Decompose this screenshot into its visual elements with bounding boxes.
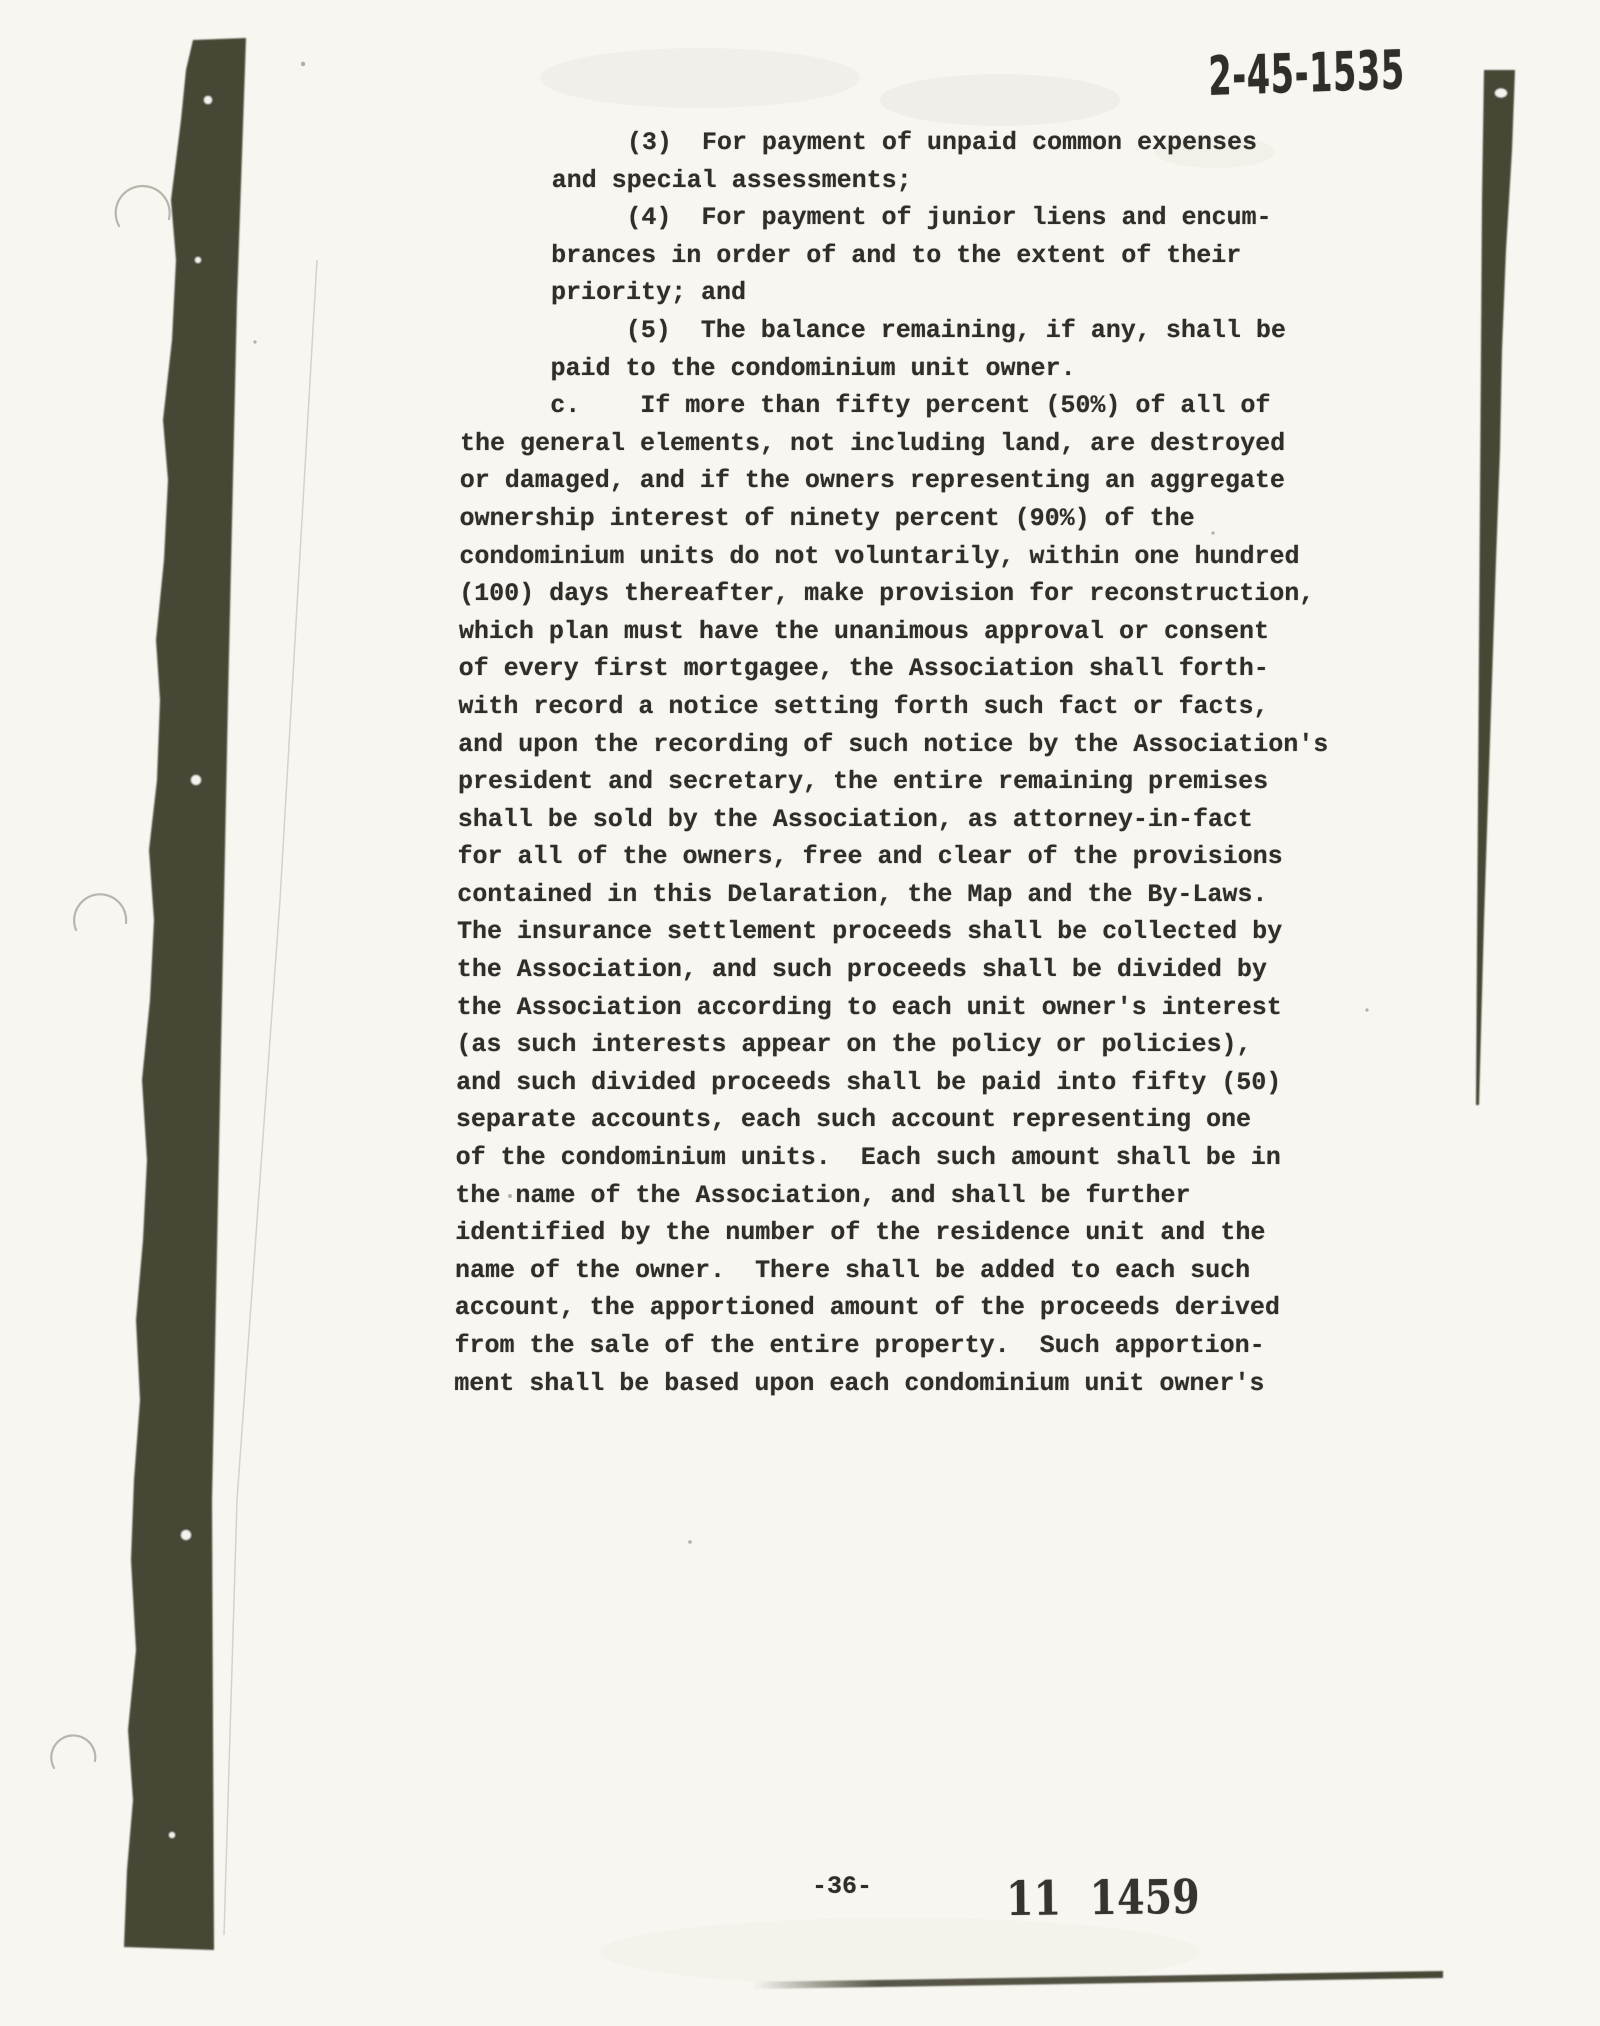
right-scan-band [1476, 70, 1515, 1105]
stamp-number: 111459 [1006, 1872, 1200, 1926]
body-text: (3) For payment of unpaid common expense… [454, 124, 1332, 1402]
left-scan-band [124, 38, 246, 1950]
bottom-scan-bar [753, 1971, 1443, 1989]
page-number: -36- [812, 1872, 872, 1901]
document-page: 2-45-1535 (3) For payment of unpaid comm… [0, 0, 1600, 2026]
stamp-number-right: 1459 [1089, 1870, 1199, 1926]
header-document-number: 2-45-1535 [1208, 43, 1405, 104]
hole-punch-mark-2 [74, 894, 126, 930]
page-edge-line [224, 260, 317, 1935]
hole-punch-marks [51, 186, 169, 1768]
hole-punch-mark-1 [116, 186, 170, 226]
stamp-number-left: 11 [1006, 1871, 1061, 1927]
hole-punch-mark-3 [51, 1735, 95, 1768]
